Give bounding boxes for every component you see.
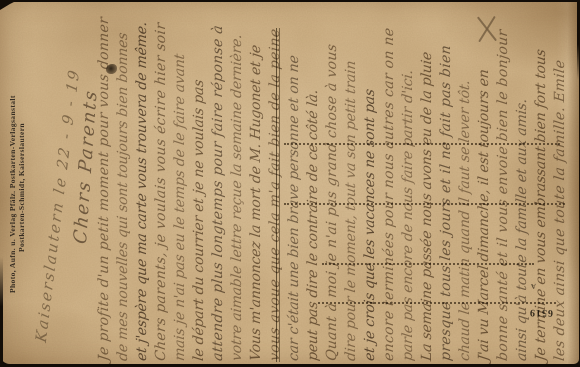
address-dotted-line <box>318 302 556 304</box>
publisher-imprint-line1: Photo, Aufn. u. Verlag Pfälz. Postkarten… <box>8 95 17 293</box>
control-number-stamp: 6519 <box>524 307 558 319</box>
address-dotted-line <box>284 203 565 205</box>
message-address-divider-line <box>276 28 280 362</box>
postcard-scan: Photo, Aufn. u. Verlag Pfälz. Postkarten… <box>0 0 580 367</box>
publisher-imprint-line2: Postkarten-Schmidt, Kaiserslautern <box>17 123 26 252</box>
address-dotted-line <box>322 263 534 265</box>
stamp-corner-mark: A <box>531 282 537 290</box>
pen-cross-stroke <box>476 16 498 42</box>
address-dotted-line <box>284 143 560 145</box>
